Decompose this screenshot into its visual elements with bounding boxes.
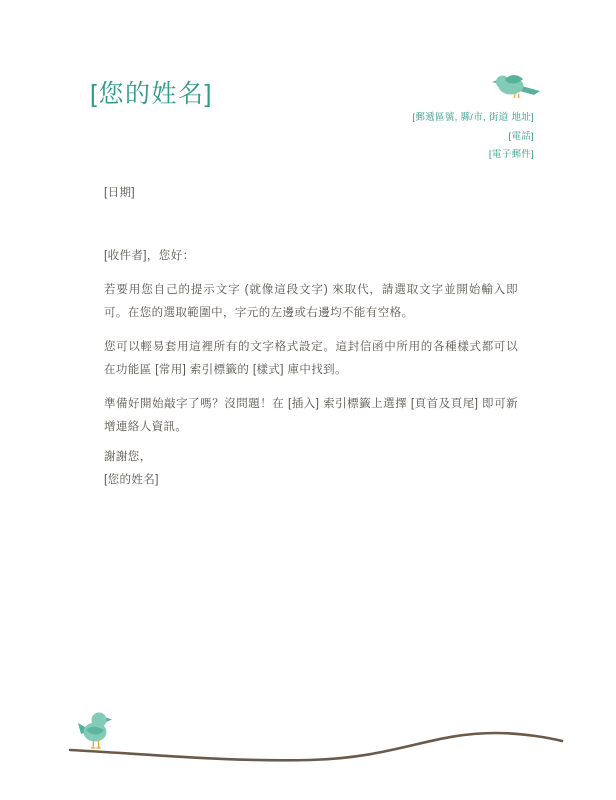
date-placeholder[interactable]: [日期] [104,182,518,205]
contact-block: [郵遞區號, 縣/市, 街道 地址] [電話] [電子郵件] [412,109,534,165]
letter-body: [日期] [收件者]，您好： 若要用您自己的提示文字 (就像這段文字) 來取代，… [104,182,518,492]
closing: 謝謝您， [104,446,518,469]
body-paragraph: 若要用您自己的提示文字 (就像這段文字) 來取代，請選取文字並開始輸入即可。在您… [104,279,518,325]
branch-wave-line [68,724,564,768]
letter-page: [您的姓名] [郵遞區號, 縣/市, 街道 地址] [電話] [電子郵件] [日… [0,0,616,800]
phone-placeholder[interactable]: [電話] [412,128,534,147]
signature-name-placeholder[interactable]: [您的姓名] [104,469,518,492]
address-placeholder[interactable]: [郵遞區號, 縣/市, 街道 地址] [412,109,534,128]
sender-name-placeholder[interactable]: [您的姓名] [90,74,213,110]
bird-icon [77,709,113,749]
body-paragraph: 準備好開始敲字了嗎？沒問題！在 [插入] 索引標籤上選擇 [頁首及頁尾] 即可新… [104,393,518,439]
bird-icon [490,70,542,100]
email-placeholder[interactable]: [電子郵件] [412,146,534,165]
body-paragraph: 您可以輕易套用這裡所有的文字格式設定。這封信函中所用的各種樣式都可以在功能區 [… [104,336,518,382]
salutation[interactable]: [收件者]，您好： [104,245,518,268]
